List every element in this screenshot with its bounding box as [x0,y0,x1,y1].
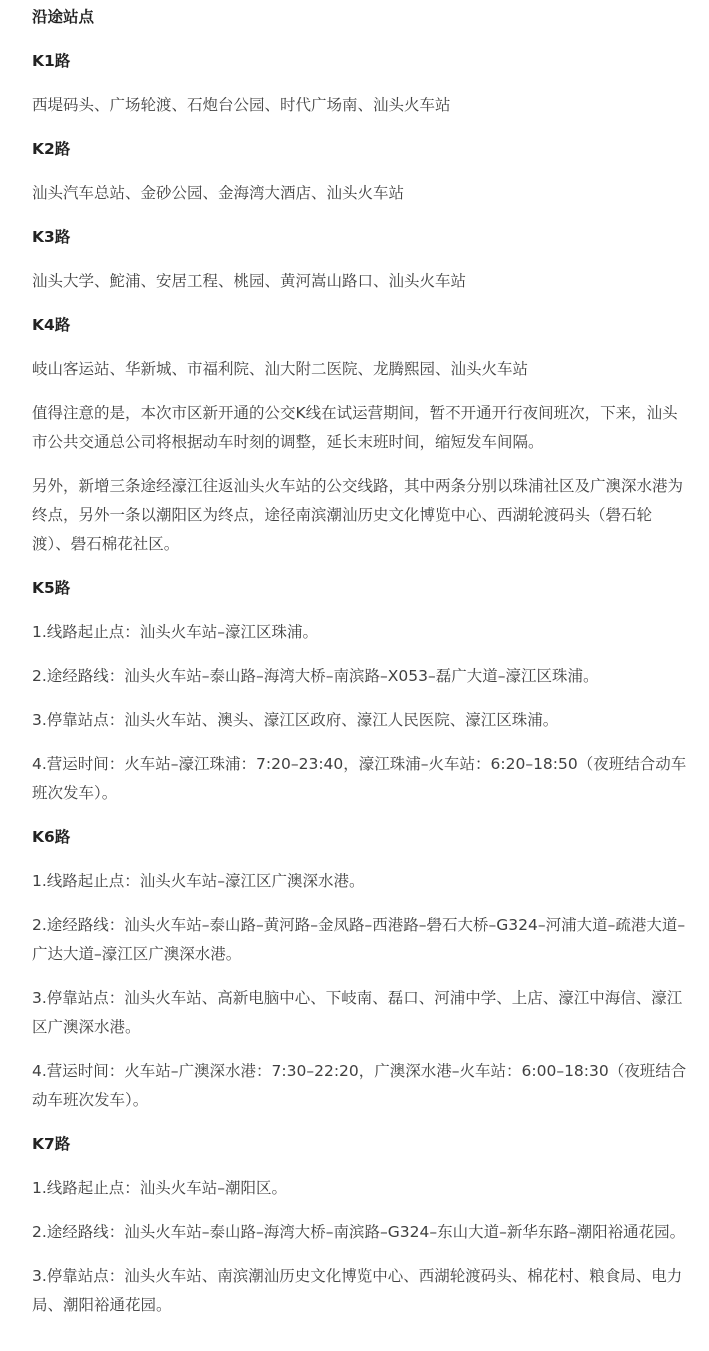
route-stops-k3: 汕头大学、鮀浦、安居工程、桃园、黄河嵩山路口、汕头火车站 [32,267,687,296]
route-heading-k7: K7路 [32,1130,687,1159]
article-body: 沿途站点 K1路 西堤码头、广场轮渡、石炮台公园、时代广场南、汕头火车站 K2路… [0,0,709,1320]
route-detail-item: 1.线路起止点：汕头火车站–濠江区广澳深水港。 [32,867,687,896]
route-heading-k5: K5路 [32,574,687,603]
section-title: 沿途站点 [32,3,687,32]
route-detail-item: 2.途经路线：汕头火车站–泰山路–海湾大桥–南滨路–G324–东山大道–新华东路… [32,1218,687,1247]
route-heading-k3: K3路 [32,223,687,252]
route-heading-k4: K4路 [32,311,687,340]
route-detail-item: 3.停靠站点：汕头火车站、澳头、濠江区政府、濠江人民医院、濠江区珠浦。 [32,706,687,735]
route-heading-k2: K2路 [32,135,687,164]
route-detail-item: 3.停靠站点：汕头火车站、南滨潮汕历史文化博览中心、西湖轮渡码头、棉花村、粮食局… [32,1262,687,1320]
route-detail-item: 1.线路起止点：汕头火车站–濠江区珠浦。 [32,618,687,647]
route-detail-item: 2.途经路线：汕头火车站–泰山路–海湾大桥–南滨路–X053–磊广大道–濠江区珠… [32,662,687,691]
route-stops-k4: 岐山客运站、华新城、市福利院、汕大附二医院、龙腾熙园、汕头火车站 [32,355,687,384]
notice-paragraph: 另外，新增三条途经濠江往返汕头火车站的公交线路，其中两条分别以珠浦社区及广澳深水… [32,472,687,559]
route-stops-k1: 西堤码头、广场轮渡、石炮台公园、时代广场南、汕头火车站 [32,91,687,120]
notice-paragraph: 值得注意的是，本次市区新开通的公交K线在试运营期间，暂不开通开行夜间班次，下来，… [32,399,687,457]
route-detail-item: 2.途经路线：汕头火车站–泰山路–黄河路–金凤路–西港路–礐石大桥–G324–河… [32,911,687,969]
route-heading-k1: K1路 [32,47,687,76]
route-stops-k2: 汕头汽车总站、金砂公园、金海湾大酒店、汕头火车站 [32,179,687,208]
route-heading-k6: K6路 [32,823,687,852]
route-detail-item: 4.营运时间：火车站–广澳深水港：7:30–22:20，广澳深水港–火车站：6:… [32,1057,687,1115]
route-detail-item: 1.线路起止点：汕头火车站–潮阳区。 [32,1174,687,1203]
route-detail-item: 3.停靠站点：汕头火车站、高新电脑中心、下岐南、磊口、河浦中学、上店、濠江中海信… [32,984,687,1042]
route-detail-item: 4.营运时间：火车站–濠江珠浦：7:20–23:40，濠江珠浦–火车站：6:20… [32,750,687,808]
